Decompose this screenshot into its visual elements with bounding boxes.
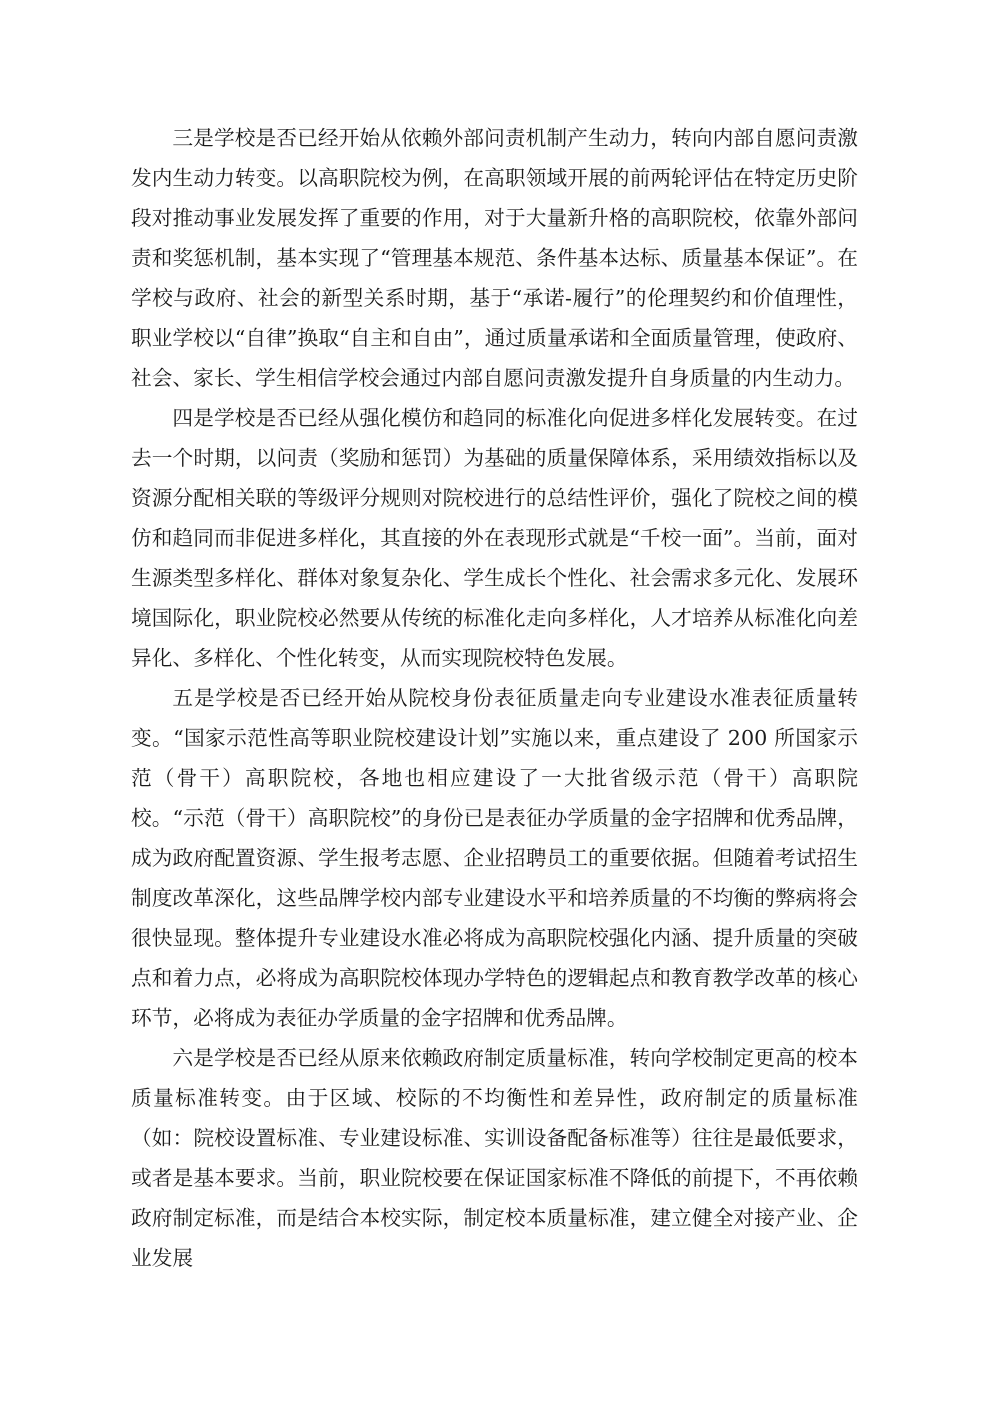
paragraph: 三是学校是否已经开始从依赖外部问责机制产生动力，转向内部自愿问责激发内生动力转变… — [131, 118, 858, 398]
paragraph: 五是学校是否已经开始从院校身份表征质量走向专业建设水准表征质量转变。“国家示范性… — [131, 678, 858, 1038]
paragraph: 四是学校是否已经从强化模仿和趋同的标准化向促进多样化发展转变。在过去一个时期，以… — [131, 398, 858, 678]
paragraph: 六是学校是否已经从原来依赖政府制定质量标准，转向学校制定更高的校本质量标准转变。… — [131, 1038, 858, 1278]
document-page: 三是学校是否已经开始从依赖外部问责机制产生动力，转向内部自愿问责激发内生动力转变… — [0, 0, 1000, 1414]
document-body: 三是学校是否已经开始从依赖外部问责机制产生动力，转向内部自愿问责激发内生动力转变… — [131, 118, 858, 1278]
